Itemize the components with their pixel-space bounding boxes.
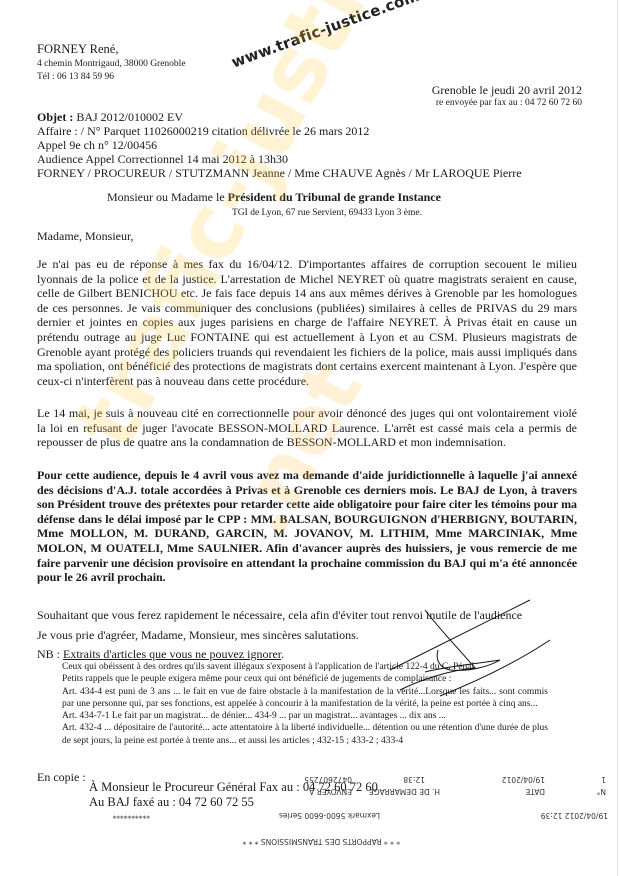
fax-report-cell: 1 <box>601 775 606 784</box>
reference-parties: FORNEY / PROCUREUR / STUTZMANN Jeanne / … <box>37 166 522 181</box>
salutation: Madame, Monsieur, <box>37 229 134 244</box>
article-line: Ceux qui obéissent à des ordres qu'ils s… <box>62 661 548 673</box>
body-paragraph-bold: Pour cette audience, depuis le 4 avril v… <box>37 468 577 585</box>
reference-objet: Objet : BAJ 2012/010002 EV <box>37 110 183 125</box>
nb-label: NB : <box>37 647 63 661</box>
fax-report-timestamp: 19/04/2012 12:39 <box>541 811 608 820</box>
fax-report-device: Lexmark 5600-6600 Series <box>279 811 380 820</box>
fax-report-cell: 12:38 <box>403 775 425 784</box>
article-line: Art. 434-4 est puni de 3 ans ... le fait… <box>62 686 548 711</box>
objet-value: BAJ 2012/010002 EV <box>73 110 183 124</box>
letter-date: Grenoble le jeudi 20 avril 2012 <box>432 83 582 98</box>
fax-report-header: ENVOYER A <box>309 787 352 796</box>
fax-report-header: DATE <box>525 787 545 796</box>
nb-heading: NB : Extraits d'articles que vous ne pou… <box>37 647 284 662</box>
fax-transmission-report-upside-down: * * * RAPPORTS DES TRANSMISSIONS * * * 1… <box>0 776 620 876</box>
addressee-address: TGI de Lyon, 67 rue Servient, 69433 Lyon… <box>232 208 422 218</box>
fax-sent-note: re envoyée par fax au : 04 72 60 72 60 <box>436 98 582 108</box>
article-line: Art. 434-7-1 Le fait par un magistrat...… <box>62 710 548 722</box>
fax-report-header: N° <box>597 787 606 796</box>
page-edge <box>617 0 618 876</box>
closing-wish: Souhaitant que vous ferez rapidement le … <box>37 608 577 623</box>
closing-formula: Je vous prie d'agréer, Madame, Monsieur,… <box>37 628 577 643</box>
fax-report-cell: 0472607255 <box>304 775 352 784</box>
reference-audience: Audience Appel Correctionnel 14 mai 2012… <box>37 152 288 167</box>
website-watermark: www.trafic-justice.com <box>229 0 422 71</box>
body-paragraph: Je n'ai pas eu de réponse à mes fax du 1… <box>37 257 577 388</box>
article-line: Art. 432-4 ... dépositaire de l'autorité… <box>62 722 548 747</box>
nb-title-end: . <box>281 647 284 661</box>
fax-report-stars: ********** <box>113 811 151 820</box>
fax-report-cell: 19/04/2012 <box>502 775 545 784</box>
objet-label: Objet : <box>37 110 73 124</box>
addressee-title: Président du Tribunal de grande Instance <box>228 190 441 204</box>
nb-title: Extraits d'articles que vous ne pouvez i… <box>63 647 281 661</box>
nb-articles: Ceux qui obéissent à des ordres qu'ils s… <box>62 661 548 747</box>
body-paragraph: Le 14 mai, je suis à nouveau cité en cor… <box>37 406 577 450</box>
sender-phone: Tél : 06 13 84 59 96 <box>37 72 114 82</box>
addressee-prefix: Monsieur ou Madame le <box>107 190 228 204</box>
sender-name: FORNEY René, <box>37 42 118 57</box>
fax-document-page: FORNEY René, 4 chemin Montrigaud, 38000 … <box>0 0 620 876</box>
fax-report-title: * * * RAPPORTS DES TRANSMISSIONS * * * <box>242 837 400 846</box>
addressee: Monsieur ou Madame le Président du Tribu… <box>107 190 441 205</box>
reference-affaire: Affaire : / N° Parquet 11026000219 citat… <box>37 124 369 139</box>
fax-report-header: H. DE DEMARRAGE <box>369 787 440 796</box>
article-line: Petits rappels que le peuple exigera mêm… <box>62 673 548 685</box>
sender-address: 4 chemin Montrigaud, 38000 Grenoble <box>37 59 186 69</box>
reference-appel: Appel 9e ch n° 12/00456 <box>37 138 157 153</box>
